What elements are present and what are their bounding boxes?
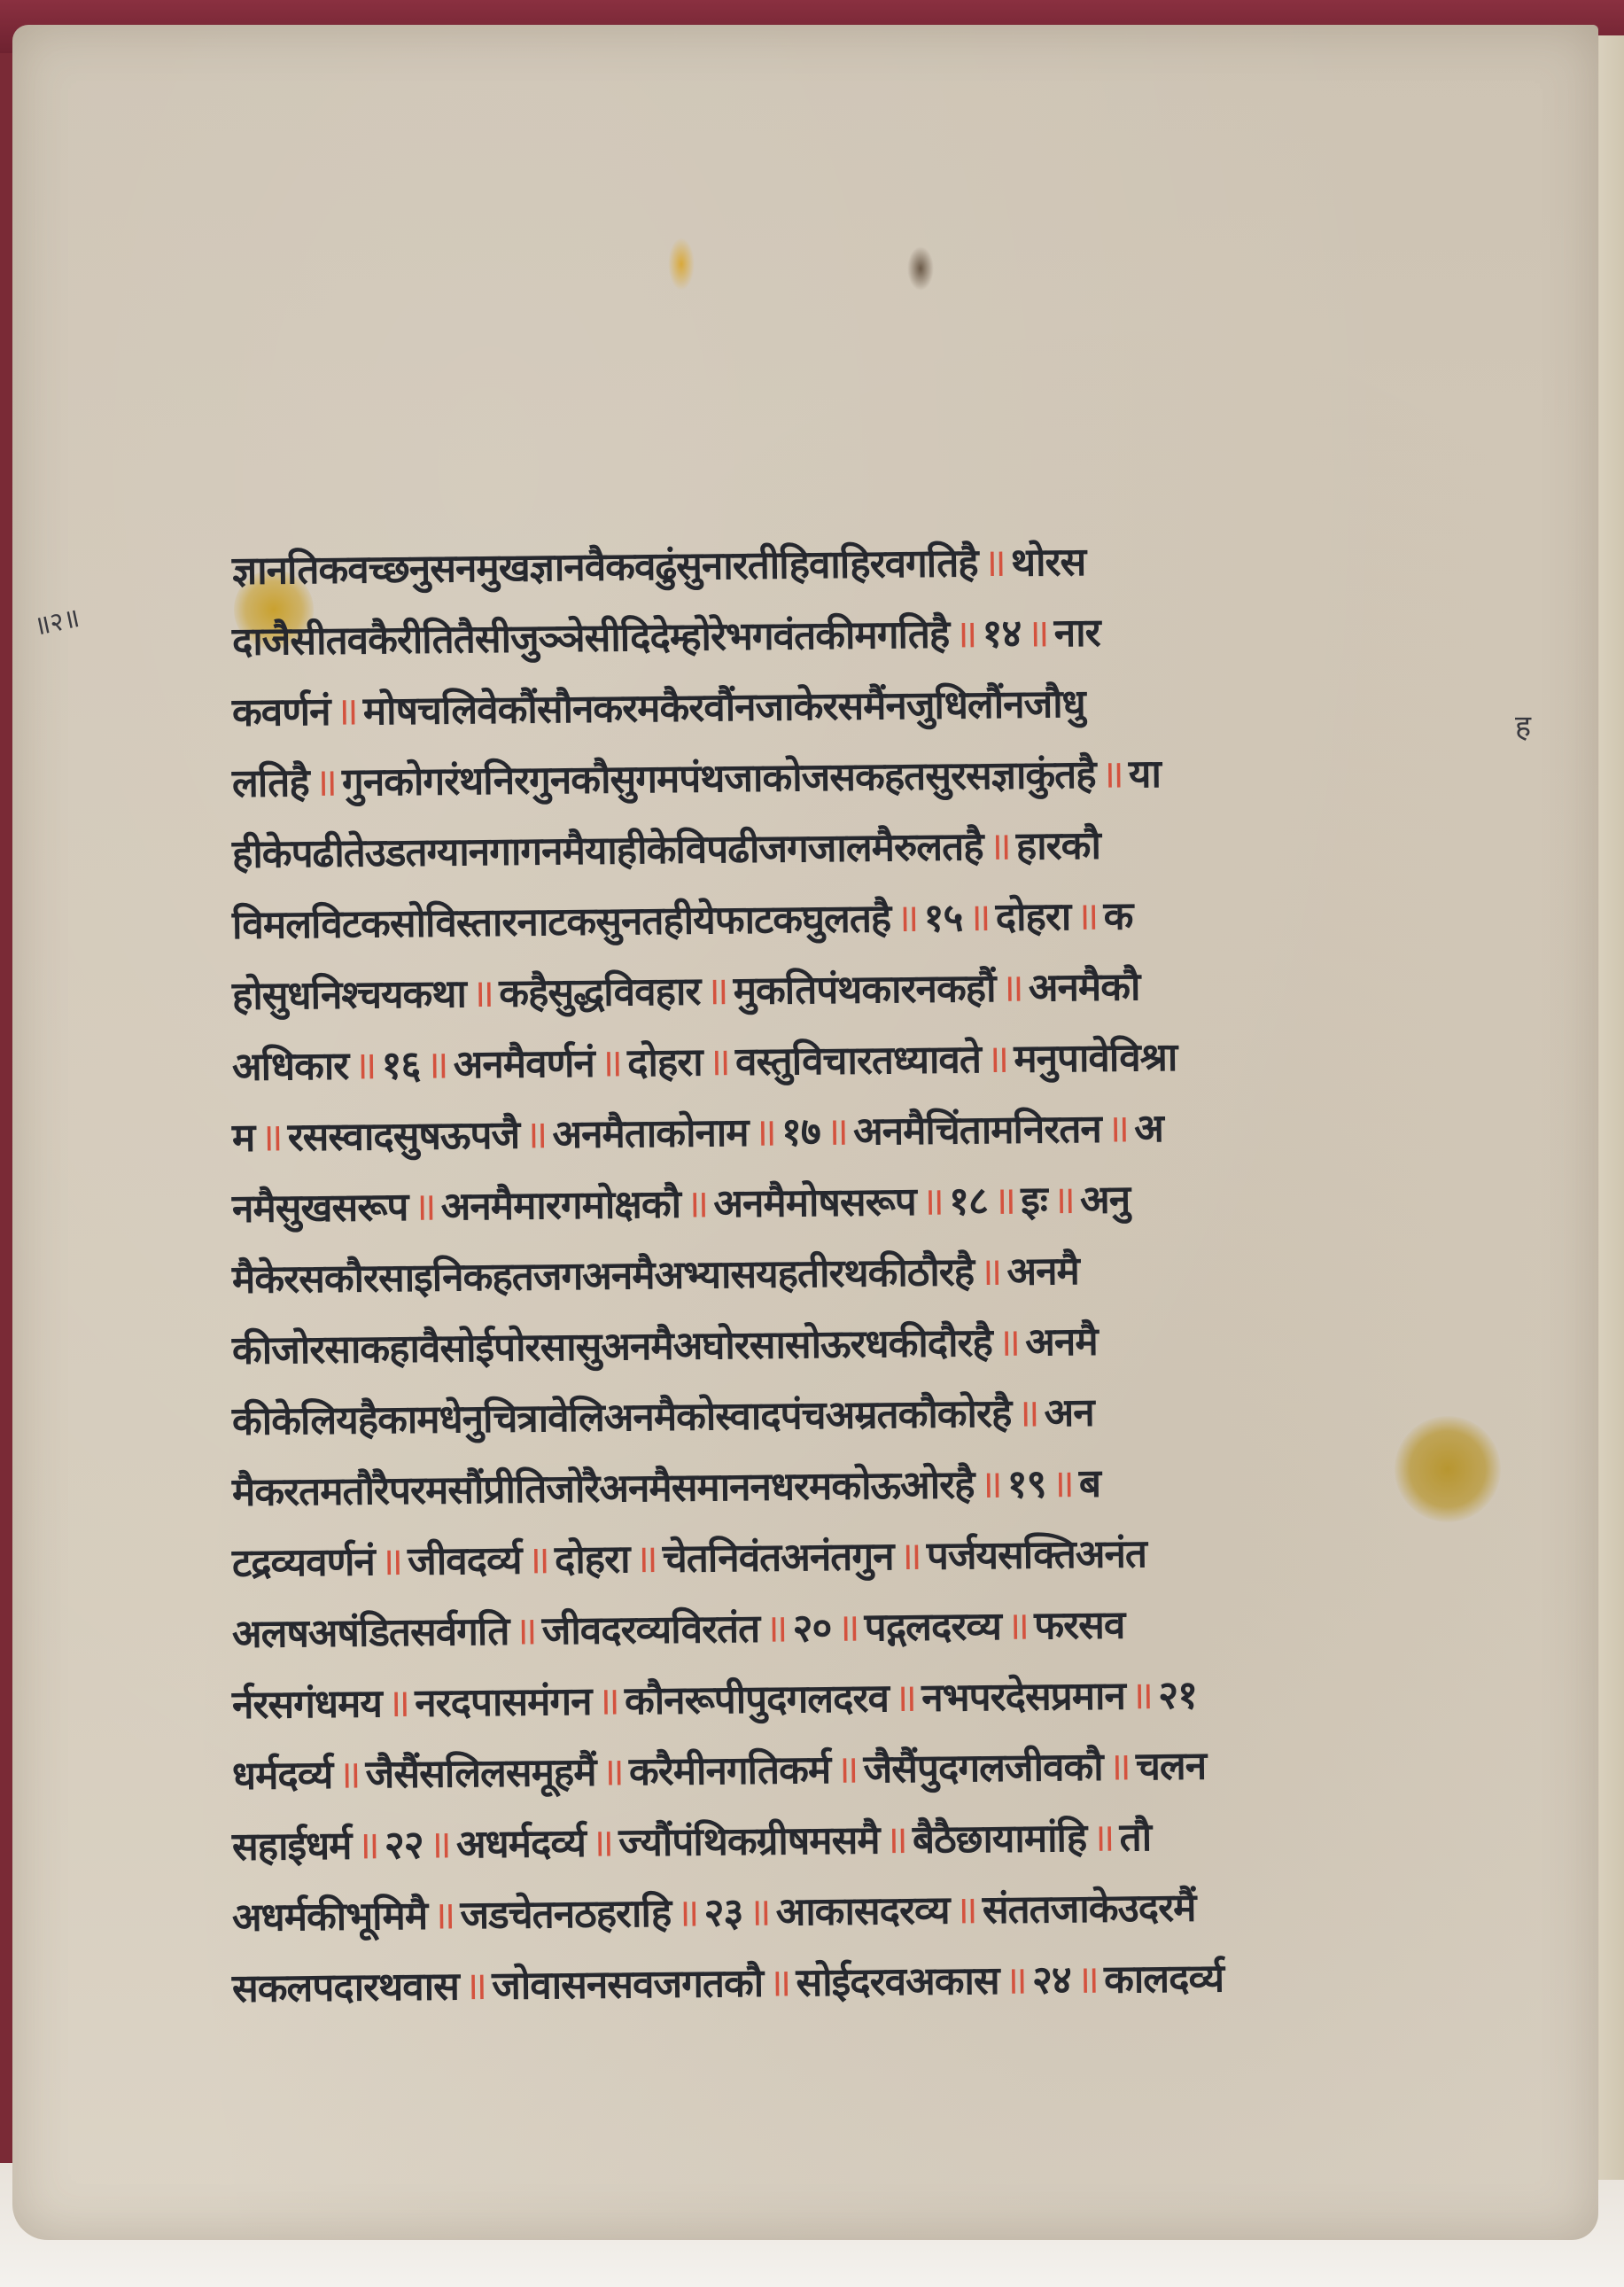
- red-double-danda: ॥: [884, 1817, 907, 1863]
- text-segment: ब: [1079, 1461, 1101, 1506]
- red-double-danda: ॥: [979, 1249, 1002, 1295]
- text-segment: अनमैवर्णनं: [453, 1041, 594, 1088]
- text-segment: हारकौ: [1016, 823, 1100, 869]
- text-segment: अ: [1134, 1106, 1163, 1151]
- text-segment: रसस्वादसुषऊपजै: [287, 1113, 519, 1161]
- text-segment: जैसैंसलिलसमूहमैं: [365, 1750, 595, 1798]
- red-double-danda: ॥: [707, 1039, 730, 1085]
- text-segment: दोहरा: [627, 1039, 703, 1085]
- red-double-danda: ॥: [1000, 966, 1023, 1011]
- red-double-danda: ॥: [898, 1534, 921, 1579]
- red-double-danda: ॥: [954, 1887, 977, 1933]
- red-double-danda: ॥: [1026, 611, 1049, 656]
- manuscript-line: कीकेलियहैकामधेनुचित्रावेलिअनमैकोस्वादपंच…: [232, 1373, 1509, 1458]
- text-segment: चेतनिवंतअनंतगुन: [663, 1534, 894, 1582]
- text-segment: मुकतिपंथकारनकहौं: [733, 966, 995, 1014]
- manuscript-line: सहाईधर्म॥२२॥अधर्मदर्व्य॥ज्यौंपंथिकग्रीषम…: [232, 1799, 1509, 1883]
- red-double-danda: ॥: [1016, 1390, 1039, 1435]
- text-segment: १४: [982, 611, 1021, 657]
- text-segment: हीकेपढीतेउडतग्यानगागनमैयाहीकेविपढीजगजालम…: [232, 824, 983, 877]
- text-segment: ज्यौंपंथिकग्रीषमसमै: [618, 1817, 880, 1865]
- red-double-danda: ॥: [354, 1043, 377, 1088]
- text-segment: सोईदरवअकास: [796, 1958, 999, 2005]
- manuscript-line: मैकेरसकौरसाइनिकहतजगअनमैअभ्यासयहतीरथकीठौर…: [232, 1232, 1509, 1316]
- red-double-danda: ॥: [836, 1606, 859, 1651]
- red-double-danda: ॥: [413, 1185, 436, 1230]
- text-segment: बैठैछायामांहि: [913, 1816, 1087, 1863]
- text-segment: संततजाकेउदरमैं: [983, 1886, 1196, 1933]
- red-double-danda: ॥: [601, 1749, 624, 1794]
- text-segment: नार: [1053, 611, 1100, 657]
- red-double-danda: ॥: [825, 1109, 848, 1155]
- red-double-danda: ॥: [471, 971, 494, 1016]
- red-double-danda: ॥: [967, 895, 991, 940]
- red-double-danda: ॥: [676, 1890, 699, 1935]
- red-double-danda: ॥: [686, 1181, 709, 1226]
- red-double-danda: ॥: [921, 1179, 944, 1225]
- manuscript-text-block: ज्ञानतिकवच्छनुसनमुखज्ञानवैकवढुंसुनारतीहि…: [232, 536, 1508, 2025]
- red-double-danda: ॥: [524, 1112, 548, 1157]
- dark-mark: [907, 246, 934, 291]
- text-segment: आकासदरव्य: [775, 1888, 949, 1935]
- red-double-danda: ॥: [954, 611, 977, 657]
- text-segment: तौ: [1119, 1815, 1151, 1860]
- text-segment: या: [1129, 751, 1161, 797]
- manuscript-line: ज्ञानतिकवच्छनुसनमुखज्ञानवैकवढुंसुनारतीहि…: [232, 523, 1509, 607]
- text-segment: जडचेतनठहराहि: [460, 1891, 671, 1938]
- text-segment: नभपरदेसप्रमान: [921, 1673, 1125, 1720]
- red-double-danda: ॥: [768, 1960, 791, 2005]
- text-segment: २३: [703, 1890, 742, 1935]
- red-double-danda: ॥: [988, 824, 1011, 869]
- text-segment: अधर्मदर्व्य: [456, 1821, 586, 1868]
- text-segment: मनुपावेविश्रा: [1014, 1035, 1177, 1082]
- text-segment: अनमैमारगमोक्षकौ: [440, 1182, 680, 1230]
- red-double-danda: ॥: [634, 1536, 657, 1582]
- text-segment: करैमीनगतिकर्म: [629, 1747, 831, 1794]
- text-segment: १८: [949, 1179, 988, 1224]
- text-segment: नरदपासमंगन: [415, 1679, 592, 1726]
- text-segment: मोषचलिवेकौंसौनकरमकैरवौंनजाकेरसमैंनजुधिलौ…: [363, 681, 1085, 735]
- text-segment: २४: [1032, 1957, 1071, 2003]
- manuscript-line: अधर्मकीभूमिमै॥जडचेतनठहराहि॥२३॥आकासदरव्य॥…: [232, 1870, 1509, 1954]
- manuscript-line: विमलविटकसोविस्तारनाटकसुनतहीयेफाटकघुलतहै॥…: [232, 877, 1509, 961]
- manuscript-line: होसुधनिश्चयकथा॥कहैसुद्धविवहार॥मुकतिपंथका…: [232, 948, 1509, 1032]
- red-double-danda: ॥: [1100, 751, 1123, 797]
- red-double-danda: ॥: [705, 968, 728, 1014]
- text-segment: दोहरा: [995, 894, 1070, 940]
- red-double-danda: ॥: [314, 760, 337, 805]
- text-segment: पर्जयसक्तिअनंत: [927, 1531, 1147, 1579]
- manuscript-line: मैकरतमतौरैपरमसौंप्रीतिजोरैअनमैसमाननधरमको…: [232, 1444, 1509, 1529]
- text-segment: २०: [792, 1606, 831, 1651]
- text-segment: कालदर्व्य: [1104, 1956, 1224, 2002]
- red-double-danda: ॥: [1052, 1178, 1075, 1223]
- red-double-danda: ॥: [1051, 1461, 1074, 1506]
- red-double-danda: ॥: [1131, 1673, 1154, 1718]
- text-segment: २२: [385, 1823, 423, 1868]
- manuscript-line: र्नरसगंधमय॥नरदपासमंगन॥कौनरूपीपुदगलदरव॥नभ…: [232, 1657, 1509, 1741]
- red-double-danda: ॥: [428, 1822, 451, 1867]
- red-double-danda: ॥: [596, 1678, 619, 1723]
- text-segment: कौनरूपीपुदगलदरव: [625, 1676, 889, 1723]
- text-segment: फरसव: [1034, 1602, 1125, 1648]
- text-segment: अनमैचिंतामनिरतन: [853, 1107, 1101, 1155]
- text-segment: क: [1103, 893, 1132, 938]
- manuscript-line: कीजोरसाकहावैसोईपोरसासुअनमैअघोरसासोऊरधकीद…: [232, 1303, 1509, 1387]
- text-segment: अनमैताकोनाम: [552, 1110, 749, 1157]
- manuscript-line: अधिकार॥१६॥अनमैवर्णनं॥दोहरा॥वस्तुविचारतध्…: [232, 1019, 1509, 1103]
- text-segment: जीवदरव्यविरतंत: [541, 1606, 759, 1654]
- text-segment: अनमै: [1025, 1319, 1098, 1365]
- text-segment: धर्मदर्व्य: [232, 1753, 333, 1799]
- red-double-danda: ॥: [1092, 1816, 1115, 1861]
- text-segment: १९: [1007, 1461, 1046, 1506]
- margin-right-mark: ह: [1515, 704, 1531, 745]
- red-double-danda: ॥: [335, 689, 358, 735]
- text-segment: विमलविटकसोविस्तारनाटकसुनतहीयेफाटकघुलतहै: [232, 896, 891, 948]
- manuscript-line: अलषअषंडितसर्वगति॥जीवदरव्यविरतंत॥२०॥पद्गल…: [232, 1586, 1509, 1670]
- text-segment: १७: [781, 1109, 820, 1155]
- red-double-danda: ॥: [425, 1042, 448, 1087]
- red-double-danda: ॥: [1076, 894, 1099, 939]
- text-segment: अनमैमोषसरूप: [713, 1179, 916, 1226]
- text-segment: २१: [1158, 1673, 1197, 1718]
- manuscript-line: हीकेपढीतेउडतग्यानगागनमैयाहीकेविपढीजगजालम…: [232, 806, 1509, 891]
- manuscript-line: दाजैसीतवकैरीतितैसीजुञ्ञेसीदिदेम्होरेभगवं…: [232, 594, 1509, 678]
- manuscript-line: म॥रसस्वादसुषऊपजै॥अनमैताकोनाम॥१७॥अनमैचिंत…: [232, 1090, 1509, 1174]
- red-double-danda: ॥: [1004, 1958, 1027, 2003]
- manuscript-line: लतिहै॥गुनकोगरंथनिरगुनकौसुगमपंथजाकोजसकहतस…: [232, 735, 1509, 820]
- text-segment: पद्गलदरव्य: [864, 1604, 1001, 1651]
- text-segment: सहाईधर्म: [232, 1824, 352, 1870]
- text-segment: दोहरा: [555, 1536, 630, 1583]
- text-segment: सकलपदारथवास: [232, 1964, 459, 2011]
- red-double-danda: ॥: [983, 541, 1006, 586]
- text-segment: कवर्णनं: [232, 689, 330, 735]
- text-segment: थोरस: [1011, 540, 1086, 586]
- red-double-danda: ॥: [380, 1539, 403, 1584]
- red-double-danda: ॥: [979, 1462, 1002, 1507]
- yellow-mark: [668, 237, 695, 291]
- text-segment: टद्रव्यवर्णनं: [232, 1539, 375, 1586]
- text-segment: नमैसुखसरूप: [232, 1185, 408, 1232]
- red-double-danda: ॥: [896, 896, 919, 941]
- text-segment: जोवासनसवजगतकौ: [492, 1961, 763, 2009]
- manuscript-line: धर्मदर्व्य॥जैसैंसलिलसमूहमैं॥करैमीनगतिकर्…: [232, 1728, 1509, 1812]
- red-double-danda: ॥: [1006, 1604, 1030, 1649]
- manuscript-line: सकलपदारथवास॥जोवासनसवजगतकौ॥सोईदरवअकास॥२४॥…: [232, 1941, 1509, 2025]
- red-double-danda: ॥: [835, 1747, 859, 1793]
- red-double-danda: ॥: [464, 1964, 487, 2009]
- text-segment: १६: [381, 1043, 420, 1088]
- text-segment: अन: [1044, 1390, 1094, 1436]
- text-segment: वस्तुविचारतध्यावते: [735, 1037, 981, 1085]
- red-double-danda: ॥: [986, 1037, 1009, 1082]
- red-double-danda: ॥: [356, 1823, 379, 1868]
- text-segment: होसुधनिश्चयकथा: [232, 971, 466, 1019]
- manuscript-line: कवर्णनं॥मोषचलिवेकौंसौनकरमकैरवौंनजाकेरसमै…: [232, 665, 1509, 749]
- red-double-danda: ॥: [748, 1890, 771, 1935]
- text-segment: अनमै: [1006, 1249, 1079, 1295]
- red-double-danda: ॥: [600, 1040, 623, 1085]
- text-segment: गुनकोगरंथनिरगुनकौसुगमपंथजाकोजसकहतसुरसज्ञ…: [342, 752, 1096, 805]
- text-segment: मैकरतमतौरैपरमसौंप्रीतिजोरैअनमैसमाननधरमको…: [232, 1462, 975, 1515]
- text-segment: चलन: [1136, 1743, 1207, 1789]
- text-segment: अधर्मकीभूमिमै: [232, 1894, 428, 1941]
- text-segment: इः: [1021, 1178, 1047, 1223]
- red-double-danda: ॥: [514, 1608, 537, 1653]
- text-segment: कीकेलियहैकामधेनुचित्रावेलिअनमैकोस्वादपंच…: [232, 1391, 1012, 1444]
- text-segment: र्नरसगंधमय: [232, 1681, 382, 1728]
- text-segment: अलषअषंडितसर्वगति: [232, 1609, 509, 1657]
- red-double-danda: ॥: [1107, 1744, 1131, 1789]
- red-double-danda: ॥: [387, 1681, 410, 1726]
- red-double-danda: ॥: [998, 1320, 1021, 1365]
- red-double-danda: ॥: [1107, 1106, 1130, 1151]
- text-segment: अधिकार: [232, 1044, 349, 1090]
- red-double-danda: ॥: [432, 1893, 455, 1938]
- text-segment: दाजैसीतवकैरीतितैसीजुञ्ञेसीदिदेम्होरेभगवं…: [232, 612, 950, 665]
- text-segment: जीवदर्व्य: [408, 1538, 522, 1584]
- red-double-danda: ॥: [765, 1606, 788, 1651]
- red-double-danda: ॥: [338, 1752, 361, 1797]
- text-segment: ज्ञानतिकवच्छनुसनमुखज्ञानवैकवढुंसुनारतीहि…: [232, 541, 978, 594]
- red-double-danda: ॥: [526, 1537, 549, 1583]
- text-segment: अनु: [1080, 1177, 1131, 1223]
- text-segment: १५: [923, 895, 962, 940]
- text-segment: अनमैकौ: [1029, 964, 1140, 1010]
- manuscript-line: टद्रव्यवर्णनं॥जीवदर्व्य॥दोहरा॥चेतनिवंतअन…: [232, 1515, 1509, 1599]
- red-double-danda: ॥: [260, 1115, 283, 1160]
- red-double-danda: ॥: [753, 1110, 776, 1155]
- red-double-danda: ॥: [591, 1820, 614, 1865]
- text-segment: कहैसुद्धविवहार: [499, 968, 701, 1015]
- manuscript-line: नमैसुखसरूप॥अनमैमारगमोक्षकौ॥अनमैमोषसरूप॥१…: [232, 1161, 1509, 1245]
- text-segment: म: [232, 1116, 255, 1161]
- text-segment: जैसैंपुदगलजीवकौ: [863, 1745, 1103, 1793]
- text-segment: मैकेरसकौरसाइनिकहतजगअनमैअभ्यासयहतीरथकीठौर…: [232, 1249, 975, 1303]
- red-double-danda: ॥: [993, 1179, 1016, 1224]
- red-double-danda: ॥: [1076, 1957, 1099, 2003]
- text-segment: लतिहै: [232, 760, 309, 806]
- text-segment: कीजोरसाकहावैसोईपोरसासुअनमैअघोरसासोऊरधकीद…: [232, 1320, 992, 1373]
- red-double-danda: ॥: [894, 1676, 917, 1721]
